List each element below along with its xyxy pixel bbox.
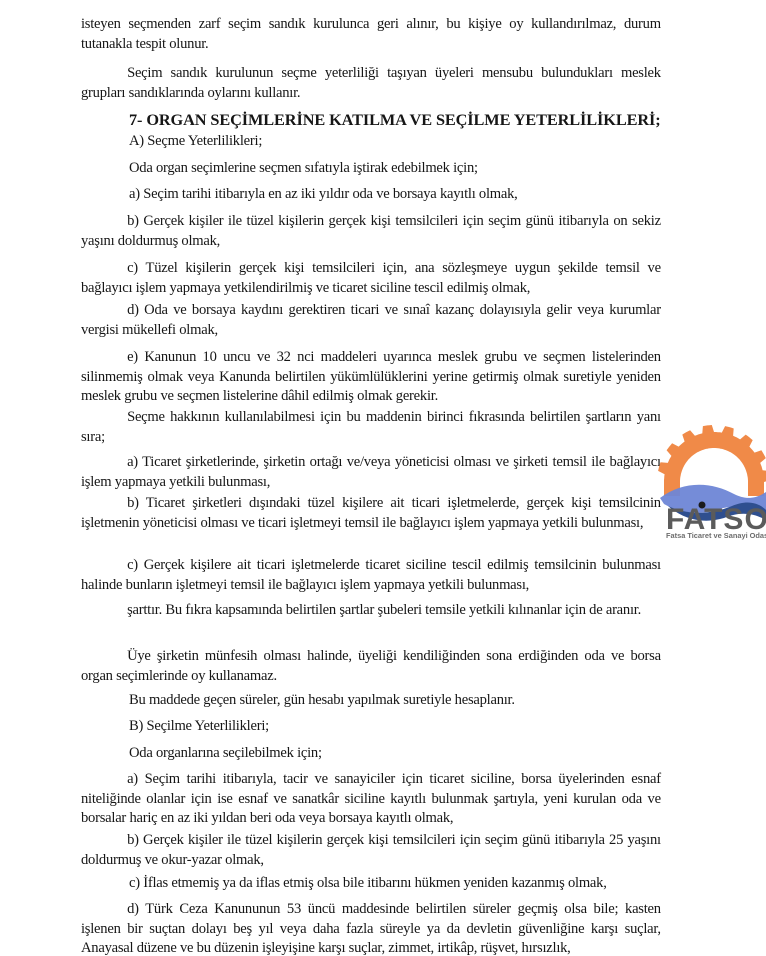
list-item-a-e: e) Kanunun 10 uncu ve 32 nci maddeleri u…: [81, 347, 661, 406]
paragraph-durations: Bu maddede geçen süreler, gün hesabı yap…: [129, 690, 667, 710]
list-item-b-c: c) İflas etmemiş ya da iflas etmiş olsa …: [129, 873, 667, 893]
list-item-b-d: d) Türk Ceza Kanununun 53 üncü maddesind…: [81, 899, 661, 956]
paragraph-conditions-end: şarttır. Bu fıkra kapsamında belirtilen …: [81, 600, 661, 620]
list-item-b-b: b) Gerçek kişiler ile tüzel kişilerin ge…: [81, 830, 661, 869]
list-item-x-c: c) Gerçek kişilere ait ticari işletmeler…: [81, 555, 661, 594]
subsection-a-intro: Oda organ seçimlerine seçmen sıfatıyla i…: [129, 158, 667, 178]
list-item-a-b: b) Gerçek kişiler ile tüzel kişilerin ge…: [81, 211, 661, 250]
list-item-a-d: d) Oda ve borsaya kaydını gerektiren tic…: [81, 300, 661, 339]
document-page: isteyen seçmenden zarf seçim sandık kuru…: [0, 0, 766, 956]
subsection-b-intro: Oda organlarına seçilebilmek için;: [129, 743, 667, 763]
list-item-x-b: b) Ticaret şirketleri dışındaki tüzel ki…: [81, 493, 661, 532]
watermark-subtitle: Fatsa Ticaret ve Sanayi Odası: [666, 531, 766, 540]
paragraph-dissolved-member: Üye şirketin münfesih olması halinde, üy…: [81, 646, 661, 685]
section-heading: 7- ORGAN SEÇİMLERİNE KATILMA VE SEÇİLME …: [129, 110, 661, 130]
paragraph-additional-conditions: Seçme hakkının kullanılabilmesi için bu …: [81, 407, 661, 446]
list-item-x-a: a) Ticaret şirketlerinde, şirketin ortağ…: [81, 452, 661, 491]
subsection-a-title: A) Seçme Yeterlilikleri;: [129, 131, 667, 151]
list-item-a-c: c) Tüzel kişilerin gerçek kişi temsilcil…: [81, 258, 661, 297]
paragraph-ballot-return: isteyen seçmenden zarf seçim sandık kuru…: [81, 14, 661, 53]
subsection-b-title: B) Seçilme Yeterlilikleri;: [129, 716, 667, 736]
list-item-b-a: a) Seçim tarihi itibarıyla, tacir ve san…: [81, 769, 661, 828]
paragraph-ballot-committee: Seçim sandık kurulunun seçme yeterliliği…: [81, 63, 661, 102]
list-item-a-a: a) Seçim tarihi itibarıyla en az iki yıl…: [129, 184, 667, 204]
